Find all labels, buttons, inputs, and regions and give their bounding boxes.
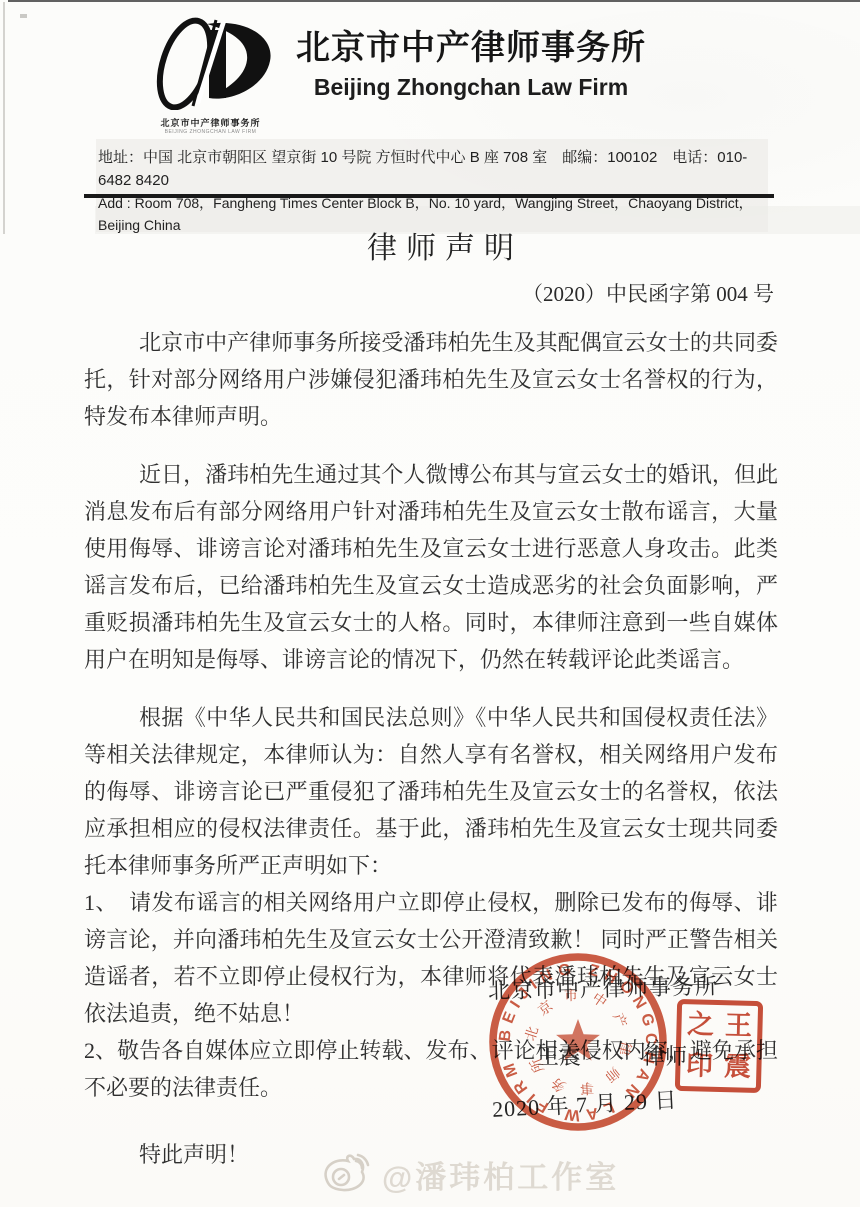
seal-char: 印	[680, 1045, 719, 1087]
demand-item-1: 1、 请发布谣言的相关网络用户立即停止侵权，删除已发布的侮辱、诽谤言论，并向潘玮…	[84, 884, 778, 1032]
scan-edge-line	[8, 0, 860, 2]
statement-title: 律师声明	[84, 228, 778, 270]
statement-body: 律师声明 （2020）中民函字第 004 号 北京市中产律师事务所接受潘玮柏先生…	[84, 228, 778, 1173]
seal-star-icon	[556, 1019, 600, 1061]
weibo-watermark: @潘玮柏工作室	[318, 1146, 619, 1197]
firm-logo-icon	[123, 16, 298, 110]
logo-caption: 北京市中产律师事务所	[123, 116, 298, 129]
seal-char: 王	[719, 1005, 758, 1047]
seal-char: 之	[681, 1004, 720, 1046]
scan-edge-line-left	[3, 2, 5, 234]
firm-logo: 北京市中产律师事务所 BEIJING ZHONGCHAN LAW FIRM	[123, 16, 298, 135]
address-line-cn: 地址：中国 北京市朝阳区 望京街 10 号院 方恒时代中心 B 座 708 室 …	[98, 146, 774, 192]
scan-speck	[20, 14, 27, 18]
scanned-legal-statement-page: 北京市中产律师事务所 BEIJING ZHONGCHAN LAW FIRM 北京…	[0, 0, 860, 1207]
letterhead-divider	[84, 194, 774, 198]
weibo-icon	[318, 1150, 370, 1194]
paragraph-3: 根据《中华人民共和国民法总则》《中华人民共和国侵权责任法》等相关法律规定，本律师…	[84, 699, 778, 884]
firm-name-cn: 北京市中产律师事务所	[280, 26, 662, 70]
letterhead: 北京市中产律师事务所 Beijing Zhongchan Law Firm	[280, 26, 662, 102]
firm-name-en: Beijing Zhongchan Law Firm	[280, 72, 662, 102]
paragraph-1: 北京市中产律师事务所接受潘玮柏先生及其配偶宣云女士的共同委托，针对部分网络用户涉…	[84, 324, 778, 435]
square-lawyer-seal: 之 王 印 震	[675, 999, 763, 1093]
round-firm-seal: BEIJING ZHONGCHAN LAW FIRM 北京市中产律师事务所	[483, 947, 673, 1137]
paragraph-2: 近日，潘玮柏先生通过其个人微博公布其与宣云女士的婚讯，但此消息发布后有部分网络用…	[84, 456, 778, 678]
letterhead-address: 地址：中国 北京市朝阳区 望京街 10 号院 方恒时代中心 B 座 708 室 …	[98, 146, 774, 236]
logo-caption-en: BEIJING ZHONGCHAN LAW FIRM	[123, 129, 298, 135]
seal-char: 震	[718, 1046, 757, 1088]
reference-number: （2020）中民函字第 004 号	[84, 278, 778, 308]
watermark-text: @潘玮柏工作室	[382, 1152, 619, 1197]
